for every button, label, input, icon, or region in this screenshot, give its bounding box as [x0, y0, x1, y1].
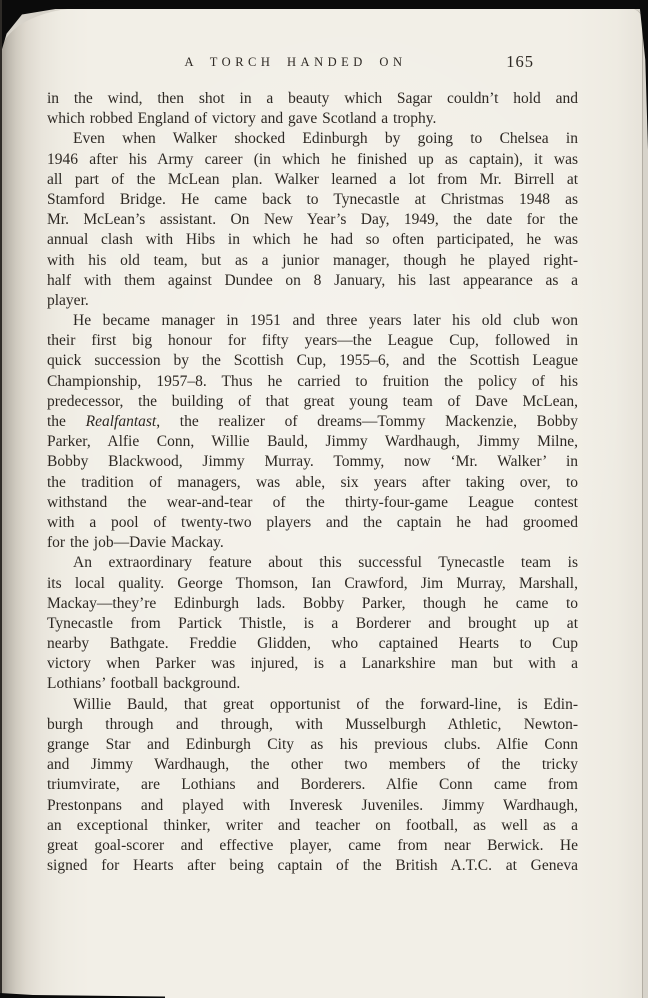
text-line: burgh through and through, with Musselbu…	[47, 715, 578, 735]
text-line: withstand the wear-and-tear of the thirt…	[47, 493, 578, 513]
scanned-book-photo: { "page": { "header": { "running_title":…	[0, 0, 648, 998]
text-line: the Realfantast, the realizer of dreams—…	[47, 412, 578, 432]
paragraph: An extraordinary feature about this succ…	[47, 553, 578, 694]
text-line: He became manager in 1951 and three year…	[47, 311, 578, 331]
text-line: their first big honour for fifty years—t…	[47, 331, 578, 351]
text-line: An extraordinary feature about this succ…	[47, 553, 578, 573]
body-text: in the wind, then shot in a beauty which…	[47, 89, 578, 876]
text-line: all part of the McLean plan. Walker lear…	[47, 170, 578, 190]
text-line: its local quality. George Thomson, Ian C…	[47, 574, 578, 594]
page-header: A TORCH HANDED ON 165	[47, 50, 578, 76]
text-line: Even when Walker shocked Edinburgh by go…	[47, 129, 578, 149]
text-segment: the	[47, 413, 86, 430]
page-number: 165	[506, 52, 534, 72]
text-line: Parker, Alfie Conn, Willie Bauld, Jimmy …	[47, 432, 578, 452]
book-gutter-edge	[0, 0, 2, 998]
text-line: an exceptional thinker, writer and teach…	[47, 816, 578, 836]
text-line: nearby Bathgate. Freddie Glidden, who ca…	[47, 634, 578, 654]
text-line: grange Star and Edinburgh City as his pr…	[47, 735, 578, 755]
text-line: Prestonpans and played with Inveresk Juv…	[47, 796, 578, 816]
text-line: triumvirate, are Lothians and Borderers.…	[47, 775, 578, 795]
text-line: and Jimmy Wardhaugh, the other two membe…	[47, 755, 578, 775]
text-line: half with them against Dundee on 8 Janua…	[47, 271, 578, 291]
text-line: Willie Bauld, that great opportunist of …	[47, 695, 578, 715]
text-line: which robbed England of victory and gave…	[47, 109, 578, 129]
text-line: victory when Parker was injured, is a La…	[47, 654, 578, 674]
text-line: the tradition of managers, was able, six…	[47, 473, 578, 493]
text-line: Tynecastle from Partick Thistle, is a Bo…	[47, 614, 578, 634]
paragraph: in the wind, then shot in a beauty which…	[47, 89, 578, 129]
text-line: player.	[47, 291, 578, 311]
text-line: for the job—Davie Mackay.	[47, 533, 578, 553]
text-line: Championship, 1957–8. Thus he carried to…	[47, 372, 578, 392]
text-line: signed for Hearts after being captain of…	[47, 856, 578, 876]
text-line: with his old team, but as a junior manag…	[47, 251, 578, 271]
running-title: A TORCH HANDED ON	[47, 55, 544, 70]
text-line: Mackay—they’re Edinburgh lads. Bobby Par…	[47, 594, 578, 614]
paragraph: Willie Bauld, that great opportunist of …	[47, 695, 578, 877]
text-line: quick succession by the Scottish Cup, 19…	[47, 351, 578, 371]
paragraph: Even when Walker shocked Edinburgh by go…	[47, 129, 578, 311]
text-line: 1946 after his Army career (in which he …	[47, 150, 578, 170]
text-line: in the wind, then shot in a beauty which…	[47, 89, 578, 109]
paragraph: He became manager in 1951 and three year…	[47, 311, 578, 553]
text-line: Lothians’ football background.	[47, 674, 578, 694]
italic-text: Realfantast	[86, 413, 157, 430]
text-line: with a pool of twenty-two players and th…	[47, 513, 578, 533]
text-column: A TORCH HANDED ON 165 in the wind, then …	[47, 50, 578, 876]
text-line: great goal-scorer and effective player, …	[47, 836, 578, 856]
text-line: Mr. McLean’s assistant. On New Year’s Da…	[47, 210, 578, 230]
text-line: predecessor, the building of that great …	[47, 392, 578, 412]
text-line: Stamford Bridge. He came back to Tynecas…	[47, 190, 578, 210]
text-line: Bobby Blackwood, Jimmy Murray. Tommy, no…	[47, 452, 578, 472]
text-line: annual clash with Hibs in which he had s…	[47, 230, 578, 250]
text-segment: , the realizer of dreams—Tommy Mackenzie…	[156, 413, 578, 430]
